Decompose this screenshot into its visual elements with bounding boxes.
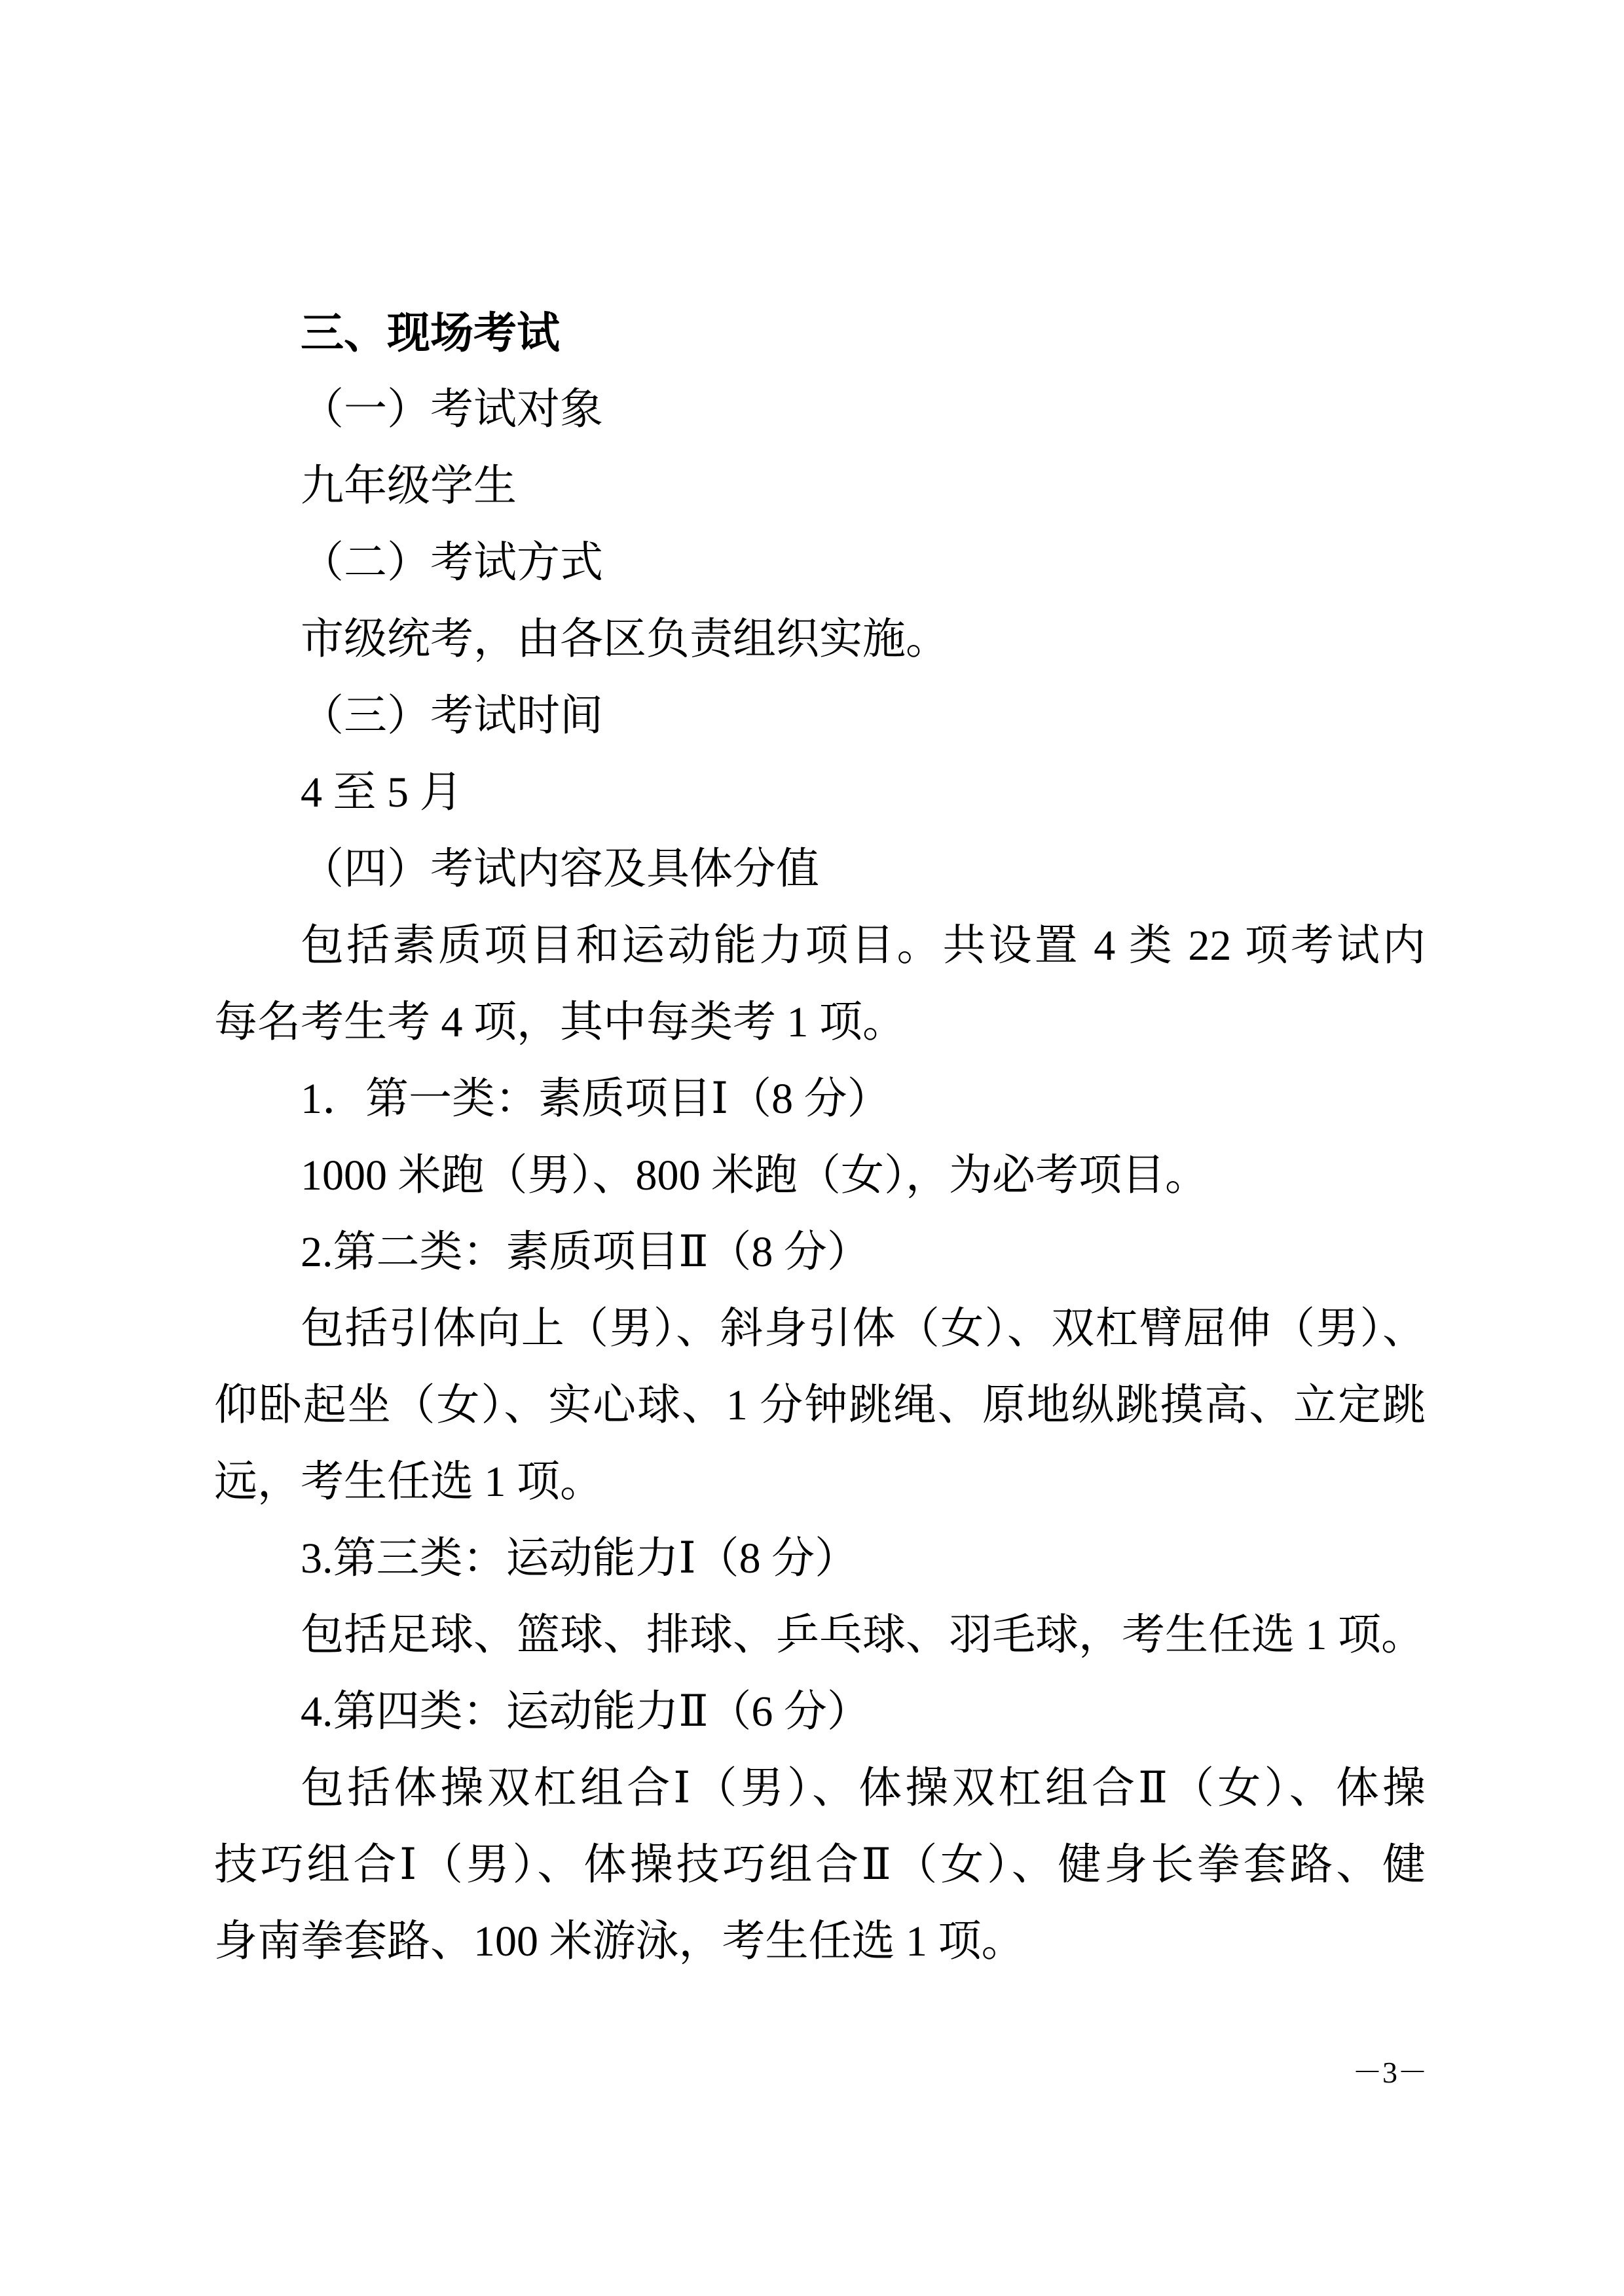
document-page: 三、现场考试 （一）考试对象 九年级学生 （二）考试方式 市级统考，由各区负责组… bbox=[0, 0, 1624, 2296]
body-category-4-line-3: 身南拳套路、100 米游泳，考生任选 1 项。 bbox=[214, 1903, 1426, 1980]
item-heading-category-4: 4.第四类：运动能力Ⅱ（6 分） bbox=[214, 1673, 1426, 1750]
body-category-4-line-1: 包括体操双杠组合Ⅰ（男）、体操双杠组合Ⅱ（女）、体操 bbox=[214, 1750, 1426, 1827]
body-category-2-line-2: 仰卧起坐（女）、实心球、1 分钟跳绳、原地纵跳摸高、立定跳 bbox=[214, 1367, 1426, 1444]
body-category-4-line-2: 技巧组合Ⅰ（男）、体操技巧组合Ⅱ（女）、健身长拳套路、健 bbox=[214, 1827, 1426, 1903]
item-heading-category-1: 1．第一类：素质项目Ⅰ（8 分） bbox=[214, 1061, 1426, 1137]
subsection-heading-exam-method: （二）考试方式 bbox=[214, 524, 1426, 601]
page-number: －3－ bbox=[1352, 2052, 1428, 2094]
subsection-heading-exam-target: （一）考试对象 bbox=[214, 371, 1426, 448]
body-category-2-line-1: 包括引体向上（男）、斜身引体（女）、双杠臂屈伸（男）、 bbox=[214, 1290, 1426, 1367]
body-exam-method: 市级统考，由各区负责组织实施。 bbox=[214, 601, 1426, 678]
body-category-3-detail: 包括足球、篮球、排球、乒乓球、羽毛球，考生任选 1 项。 bbox=[214, 1597, 1426, 1673]
section-heading: 三、现场考试 bbox=[214, 295, 1426, 371]
content-area: 三、现场考试 （一）考试对象 九年级学生 （二）考试方式 市级统考，由各区负责组… bbox=[214, 295, 1426, 1980]
body-exam-time: 4 至 5 月 bbox=[214, 754, 1426, 831]
item-heading-category-2: 2.第二类：素质项目Ⅱ（8 分） bbox=[214, 1214, 1426, 1290]
subsection-heading-exam-content: （四）考试内容及具体分值 bbox=[214, 831, 1426, 907]
body-category-2-line-3: 远，考生任选 1 项。 bbox=[214, 1444, 1426, 1520]
body-exam-content-line-2: 每名考生考 4 项，其中每类考 1 项。 bbox=[214, 984, 1426, 1061]
body-category-1-detail: 1000 米跑（男）、800 米跑（女），为必考项目。 bbox=[214, 1137, 1426, 1214]
body-exam-content-line-1: 包括素质项目和运动能力项目。共设置 4 类 22 项考试内容， bbox=[214, 907, 1426, 984]
body-exam-target: 九年级学生 bbox=[214, 448, 1426, 524]
item-heading-category-3: 3.第三类：运动能力Ⅰ（8 分） bbox=[214, 1520, 1426, 1597]
subsection-heading-exam-time: （三）考试时间 bbox=[214, 678, 1426, 754]
